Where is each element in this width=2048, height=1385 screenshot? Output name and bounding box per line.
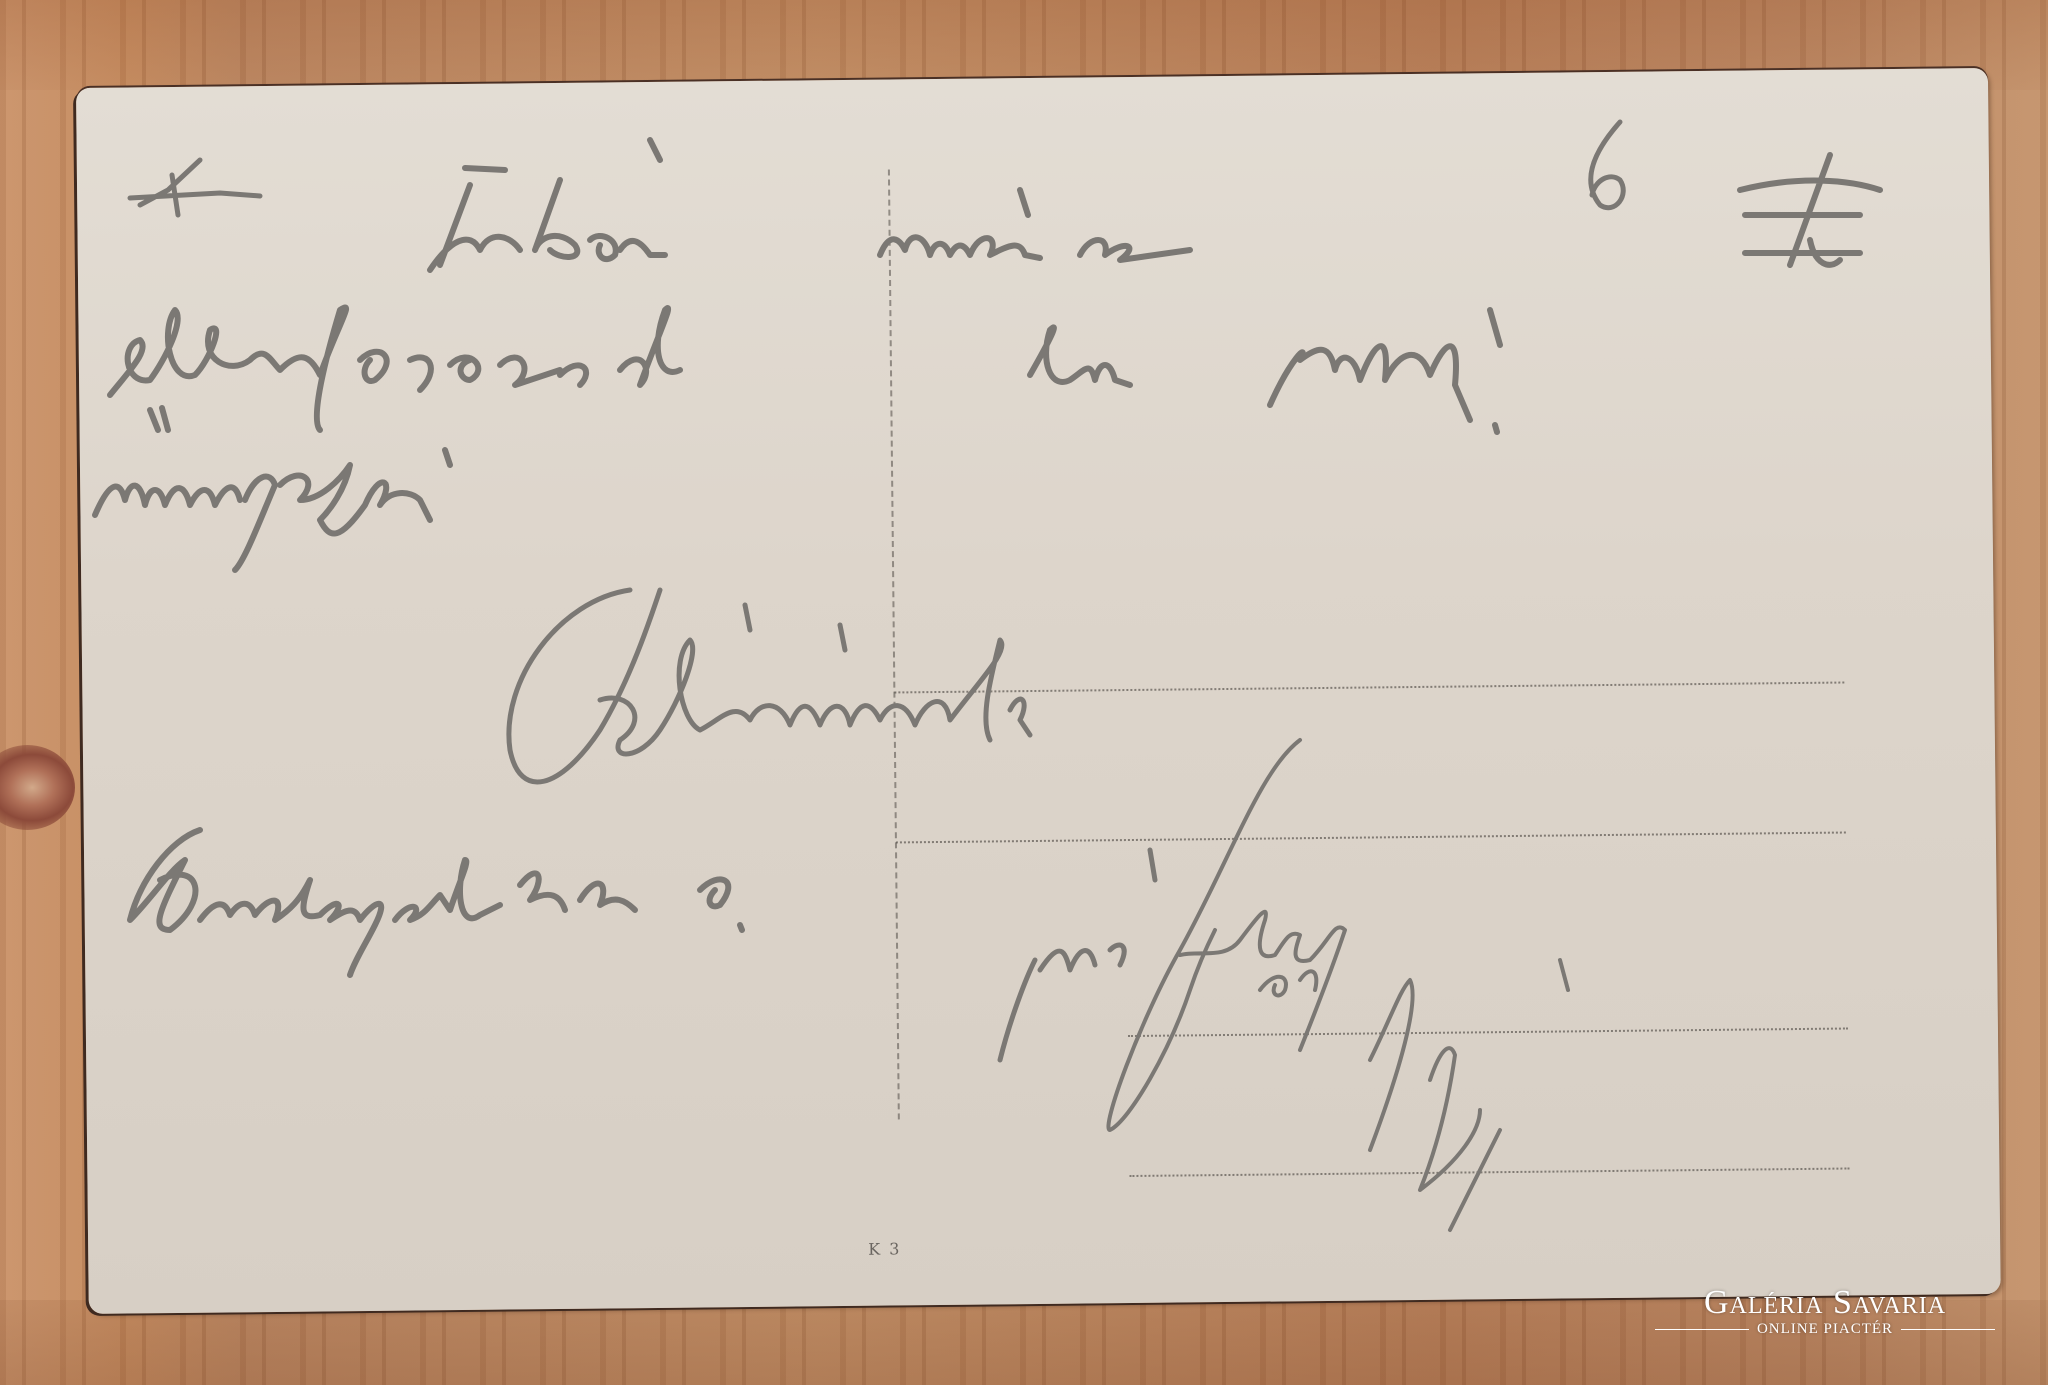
- watermark-subtitle: ONLINE PIACTÉR: [1757, 1321, 1893, 1338]
- watermark-subtitle-row: ONLINE PIACTÉR: [1655, 1321, 1995, 1338]
- watermark-title: Galéria Savaria: [1655, 1285, 1995, 1321]
- watermark-rule-left: [1655, 1329, 1749, 1330]
- watermark-logo: Galéria Savaria ONLINE PIACTÉR: [1655, 1285, 1995, 1338]
- watermark-rule-right: [1901, 1329, 1995, 1330]
- handwriting: [0, 0, 2048, 1385]
